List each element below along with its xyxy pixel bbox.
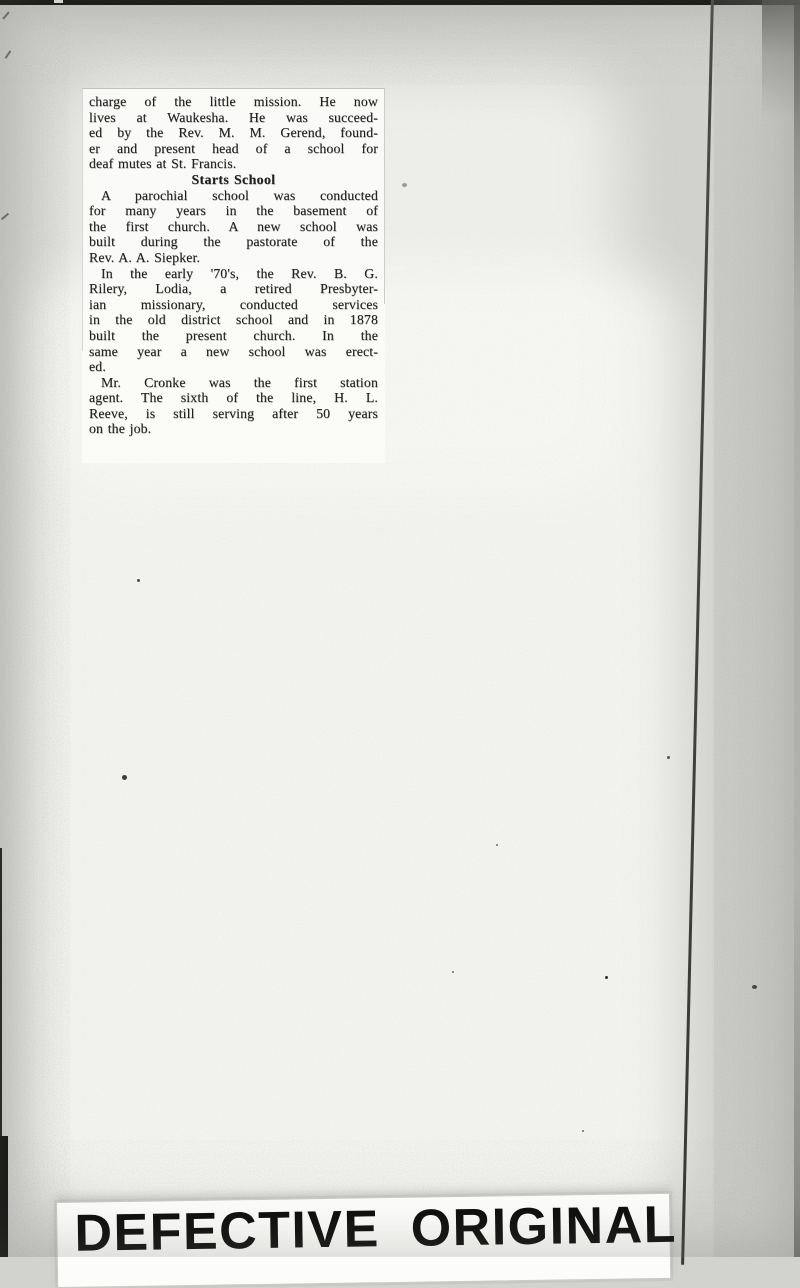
- article-line: agent. The sixth of the line, H. L.: [89, 390, 378, 406]
- scan-speck: [402, 183, 407, 187]
- article-heading: Starts School: [89, 172, 378, 188]
- scan-left-edge-thin: [0, 848, 2, 1140]
- article-line: built the present church. In the: [89, 328, 378, 344]
- stamp-text: DEFECTIVE ORIGINAL: [57, 1194, 670, 1257]
- article-line: Reeve, is still serving after 50 years: [89, 406, 378, 422]
- article-line: built during the pastorate of the: [89, 234, 378, 250]
- article-line: same year a new school was erect-: [89, 344, 378, 360]
- scan-speck: [452, 971, 454, 973]
- scan-fold-line: [681, 0, 714, 1257]
- scan-speck: [122, 775, 127, 780]
- article-line: Rilery, Lodia, a retired Presbyter-: [89, 281, 378, 297]
- article-line: ed.: [89, 359, 378, 375]
- clipping-cut-edge-right: [384, 89, 385, 304]
- article-line: in the old district school and in 1878: [89, 312, 378, 328]
- article-line: deaf mutes at St. Francis.: [89, 156, 378, 172]
- article-line: lives at Waukesha. He was succeed-: [89, 110, 378, 126]
- article-line: ian missionary, conducted services: [89, 297, 378, 313]
- scan-speck: [582, 1130, 584, 1132]
- scan-left-edge-thick: [0, 1136, 8, 1257]
- article-line: for many years in the basement of: [89, 203, 378, 219]
- newspaper-clipping: charge of the little mission. He nowlive…: [82, 88, 385, 463]
- defective-original-stamp: DEFECTIVE ORIGINAL: [56, 1193, 671, 1257]
- scan-scratch: [1, 213, 9, 220]
- article-line: charge of the little mission. He now: [89, 94, 378, 110]
- scan-speck: [605, 976, 608, 979]
- article-line: Rev. A. A. Siepker.: [89, 250, 378, 266]
- article-line: on the job.: [89, 421, 378, 437]
- scanned-page: charge of the little mission. He nowlive…: [0, 0, 800, 1257]
- scan-scratch: [2, 11, 9, 19]
- scan-top-edge-notch: [54, 0, 63, 3]
- article-line: A parochial school was conducted: [89, 188, 378, 204]
- article-line: ed by the Rev. M. M. Gerend, found-: [89, 125, 378, 141]
- article-line: the first church. A new school was: [89, 219, 378, 235]
- article-line: Mr. Cronke was the first station: [89, 375, 378, 391]
- scan-scratch: [5, 50, 12, 59]
- article-line: In the early '70's, the Rev. B. G.: [89, 266, 378, 282]
- scan-speck: [752, 985, 757, 989]
- scan-speck: [137, 579, 140, 582]
- article-text: charge of the little mission. He nowlive…: [89, 94, 378, 437]
- clipping-cut-edge-left: [82, 89, 83, 351]
- article-line: er and present head of a school for: [89, 141, 378, 157]
- scan-speck: [496, 844, 498, 846]
- scan-speck: [667, 756, 670, 759]
- scan-top-edge: [0, 0, 800, 5]
- scan-fold-shade: [714, 0, 800, 1257]
